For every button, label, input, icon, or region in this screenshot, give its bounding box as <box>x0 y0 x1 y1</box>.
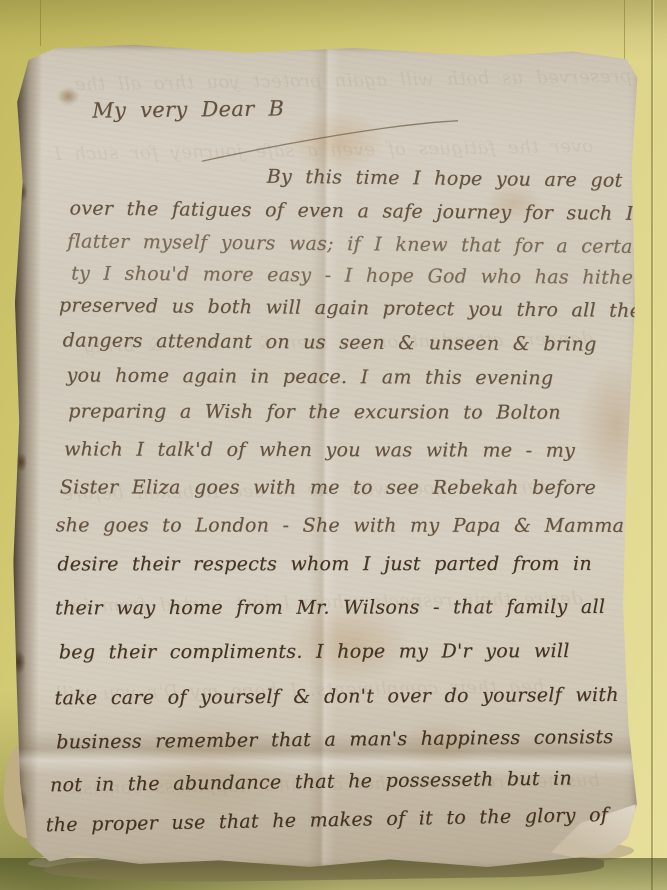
folder-crease-right <box>651 0 653 890</box>
folder-crease-top-left <box>40 0 41 46</box>
letter-line: their way home from Mr. Wilsons - that f… <box>55 596 605 619</box>
letter-line: By this time I hope you are got <box>267 166 623 192</box>
letter-line: ty I shou'd more easy - I hope God who h… <box>71 262 662 289</box>
letter-line: take care of yourself & don't over do yo… <box>54 684 618 709</box>
folder-crease-upper-right <box>624 0 625 62</box>
letter-page: preserved us both will again protect you… <box>9 42 642 872</box>
letter-line: which I talk'd of when you was with me -… <box>64 438 575 461</box>
letter-line: you home again in peace. I am this eveni… <box>66 364 553 389</box>
letter-line: dangers attendant on us seen & unseen & … <box>63 329 597 355</box>
letter-line: Sister Eliza goes with me to see Rebekah… <box>60 476 596 498</box>
letter-line: she goes to London - She with my Papa & … <box>56 514 625 536</box>
letter-line: desire their respects whom I just parted… <box>57 553 592 575</box>
salutation: My very Dear B <box>92 96 284 122</box>
photo-frame: preserved us both will again protect you… <box>0 0 667 890</box>
letter-line: beg their compliments. I hope my D'r you… <box>59 640 570 663</box>
letter-line: preparing a Wish for the excursion to Bo… <box>68 400 561 423</box>
